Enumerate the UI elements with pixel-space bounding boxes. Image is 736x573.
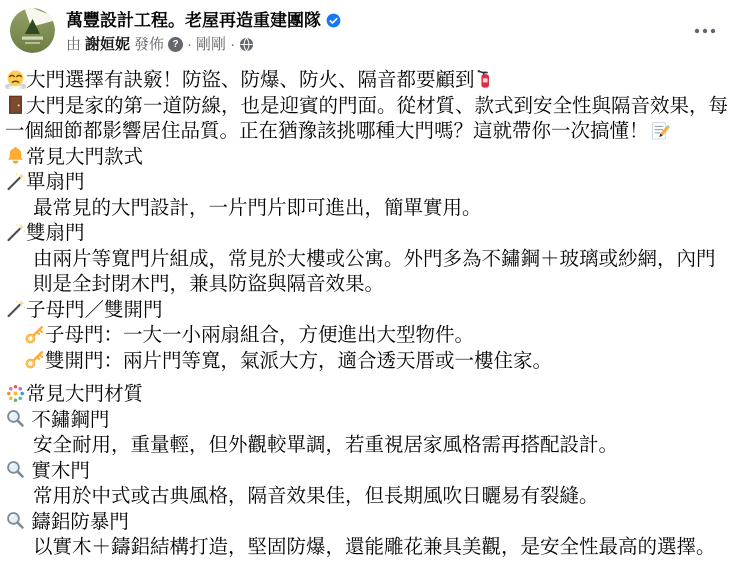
bell-icon (5, 145, 26, 166)
post-line: 雙開門：兩片門等寬，氣派大方，適合透天厝或一樓住家。 (5, 349, 731, 375)
post-line: 常見大門材質 (5, 382, 731, 408)
post-line: 實木門 (5, 459, 731, 485)
magic-wand-icon (5, 171, 26, 192)
post-line: 大門是家的第一道防線，也是迎賓的門面。從材質、款式到安全性與隔音效果，每一個細節… (5, 94, 731, 145)
post-line: 最常見的大門設計，一片門片即可進出，簡單實用。 (5, 196, 731, 222)
fire-extinguisher-icon (475, 69, 496, 90)
magnifier-icon (5, 510, 26, 531)
post-line: 常用於中式或古典風格，隔音效果佳，但長期風吹日曬易有裂縫。 (5, 484, 731, 510)
byline-prefix: 由 (66, 35, 81, 54)
header-meta: 萬豐設計工程。老屋再造重建團隊 由 謝姮妮 發佈 ? · 剛剛 · (66, 8, 341, 54)
byline: 由 謝姮妮 發佈 ? · 剛剛 · (66, 35, 341, 54)
post-line: 大門選擇有訣竅！防盜、防爆、防火、隔音都要顧到 (5, 68, 731, 94)
privacy-globe-icon (239, 37, 254, 52)
post-line: 子母門／雙開門 (5, 298, 731, 324)
post-line: 子母門：一大一小兩扇組合，方便進出大型物件。 (5, 323, 731, 349)
magnifier-icon (5, 408, 26, 429)
avatar[interactable] (10, 8, 55, 53)
steam-face-icon (5, 69, 26, 90)
post-line: 常見大門款式 (5, 145, 731, 171)
post-header: 萬豐設計工程。老屋再造重建團隊 由 謝姮妮 發佈 ? · 剛剛 · (0, 0, 736, 54)
author-link[interactable]: 謝姮妮 (85, 35, 130, 54)
post-body-text: 大門選擇有訣竅！防盜、防爆、防火、隔音都要顧到大門是家的第一道防線，也是迎賓的門… (0, 54, 736, 561)
attribution-help-icon[interactable]: ? (168, 37, 183, 52)
separator-dot: · (187, 35, 192, 54)
post-line: 由兩片等寬門片組成，常見於大樓或公寓。外門多為不鏽鋼＋玻璃或紗網，內門則是全封閉… (5, 247, 731, 298)
post-line: 安全耐用，重量輕，但外觀較單調，若重視居家風格需再搭配設計。 (5, 433, 731, 459)
post-line: 鑄鋁防暴門 (5, 510, 731, 536)
magic-wand-icon (5, 222, 26, 243)
memo-pencil-icon (649, 120, 670, 141)
byline-suffix: 發佈 (134, 35, 164, 54)
colorful-ring-icon (5, 383, 26, 404)
page-name[interactable]: 萬豐設計工程。老屋再造重建團隊 (66, 10, 321, 31)
magic-wand-icon (5, 298, 26, 319)
key-icon (24, 349, 45, 370)
more-options-button[interactable] (690, 24, 720, 38)
separator-dot: · (230, 35, 235, 54)
door-icon (5, 94, 26, 115)
ellipsis-icon (694, 28, 716, 34)
key-icon (24, 324, 45, 345)
verified-badge-icon (326, 13, 341, 28)
post-line: 雙扇門 (5, 221, 731, 247)
post-line: 單扇門 (5, 170, 731, 196)
post-line: 不鏽鋼門 (5, 408, 731, 434)
page-avatar-image (10, 8, 55, 53)
post-line: 以實木＋鑄鋁結構打造，堅固防爆，還能雕花兼具美觀，是安全性最高的選擇。 (5, 535, 731, 561)
timestamp[interactable]: 剛剛 (196, 35, 226, 54)
magnifier-icon (5, 459, 26, 480)
